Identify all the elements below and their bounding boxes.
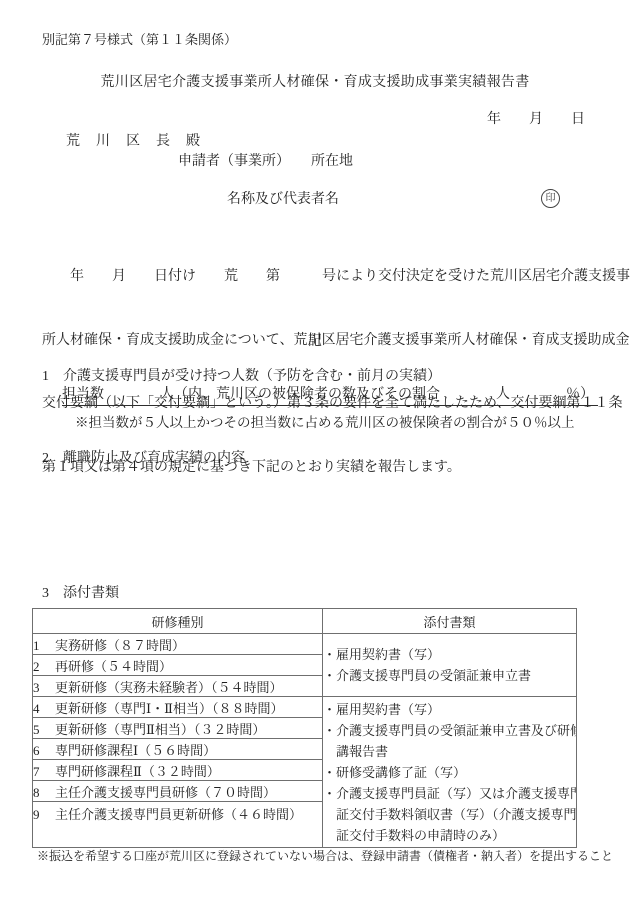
section1-note: ※担当数が５人以上かつその担当数に占める荒川区の被保険者の割合が５０％以上	[75, 411, 575, 431]
attachment-item: 証交付手数料領収書（写）（介護支援専門員	[323, 804, 576, 825]
attachment-item: ・介護支援専門員の受領証兼申立書及び研修受	[323, 720, 576, 741]
attachment-item: 講報告書	[323, 741, 576, 762]
training-label: 専門研修課程Ⅰ（５６時間）	[55, 743, 216, 758]
column-header-training-type: 研修種別	[33, 609, 323, 634]
training-label: 主任介護支援専門員研修（７０時間）	[55, 785, 276, 800]
training-label: 更新研修（専門Ⅱ相当）（３２時間）	[55, 722, 265, 737]
document-page: 別記第７号様式（第１１条関係） 荒川区居宅介護支援事業所人材確保・育成支援助成事…	[0, 0, 630, 903]
row-number: 9	[33, 807, 55, 823]
document-title: 荒川区居宅介護支援事業所人材確保・育成支援助成事業実績報告書	[0, 73, 630, 93]
training-label: 再研修（５４時間）	[55, 659, 172, 674]
attachment-item: ・研修受講修了証（写）	[323, 762, 576, 783]
footer-note: ※振込を希望する口座が荒川区に登録されていない場合は、登録申請書（債権者・納入者…	[37, 847, 613, 865]
form-number: 別記第７号様式（第１１条関係）	[42, 30, 237, 50]
applicant-location-line: 申請者（事業所） 所在地	[178, 152, 353, 172]
table-row: 4更新研修（専門Ⅰ・Ⅱ相当）（８８時間） ・雇用契約書（写） ・介護支援専門員の…	[33, 697, 577, 718]
row-number: 6	[33, 743, 55, 759]
training-label: 専門研修課程Ⅱ（３２時間）	[55, 764, 220, 779]
attachment-item: 証交付手数料の申請時のみ）	[323, 825, 576, 846]
row-number: 7	[33, 764, 55, 780]
attachment-item: ・雇用契約書（写）	[323, 699, 576, 720]
seal-stamp-icon: 印	[541, 189, 560, 208]
row-number: 5	[33, 722, 55, 738]
row-number: 8	[33, 785, 55, 801]
attachments-group1-cell: ・雇用契約書（写） ・介護支援専門員の受領証兼申立書	[323, 634, 577, 697]
body-line: 年 月 日付け 荒 第 号により交付決定を受けた荒川区居宅介護支援事業	[42, 265, 600, 293]
caseload-label: 担当数	[62, 383, 104, 403]
caseload-percent-label: ％）	[566, 383, 594, 403]
row-number: 2	[33, 659, 55, 675]
caseload-fill-line: 担当数 人（内、荒川区の被保険者の数及びその割合 人 ％）	[62, 385, 598, 406]
column-header-attachments: 添付書類	[323, 609, 577, 634]
row-number: 1	[33, 638, 55, 654]
training-label: 主任介護支援専門員更新研修（４６時間）	[55, 807, 302, 822]
training-label: 更新研修（実務未経験者）（５４時間）	[55, 680, 283, 695]
table-row: 1実務研修（８７時間） ・雇用契約書（写） ・介護支援専門員の受領証兼申立書	[33, 634, 577, 655]
training-label: 更新研修（専門Ⅰ・Ⅱ相当）（８８時間）	[55, 701, 283, 716]
caseload-insured-label: 人（内、荒川区の被保険者の数及びその割合	[160, 383, 440, 403]
attachment-item: ・介護支援専門員の受領証兼申立書	[323, 665, 576, 686]
representative-name-line: 名称及び代表者名	[227, 190, 339, 210]
attachments-table: 研修種別 添付書類 1実務研修（８７時間） ・雇用契約書（写） ・介護支援専門員…	[32, 608, 577, 848]
section2-heading: 2 離職防止及び育成実績の内容	[42, 449, 245, 469]
training-label: 実務研修（８７時間）	[55, 638, 185, 653]
attachments-group2-cell: ・雇用契約書（写） ・介護支援専門員の受領証兼申立書及び研修受 講報告書 ・研修…	[323, 697, 577, 848]
attachment-item: ・雇用契約書（写）	[323, 644, 576, 665]
section3-heading: 3 添付書類	[42, 584, 119, 604]
date-fill-line: 年 月 日	[487, 110, 585, 130]
caseload-persons-label: 人	[496, 383, 510, 403]
row-number: 4	[33, 701, 55, 717]
attachment-item: ・介護支援専門員証（写）又は介護支援専門員	[323, 783, 576, 804]
table-header-row: 研修種別 添付書類	[33, 609, 577, 634]
row-number: 3	[33, 680, 55, 696]
ki-separator: 記	[0, 332, 630, 352]
addressee-line: 荒 川 区 長 殿	[66, 132, 201, 152]
